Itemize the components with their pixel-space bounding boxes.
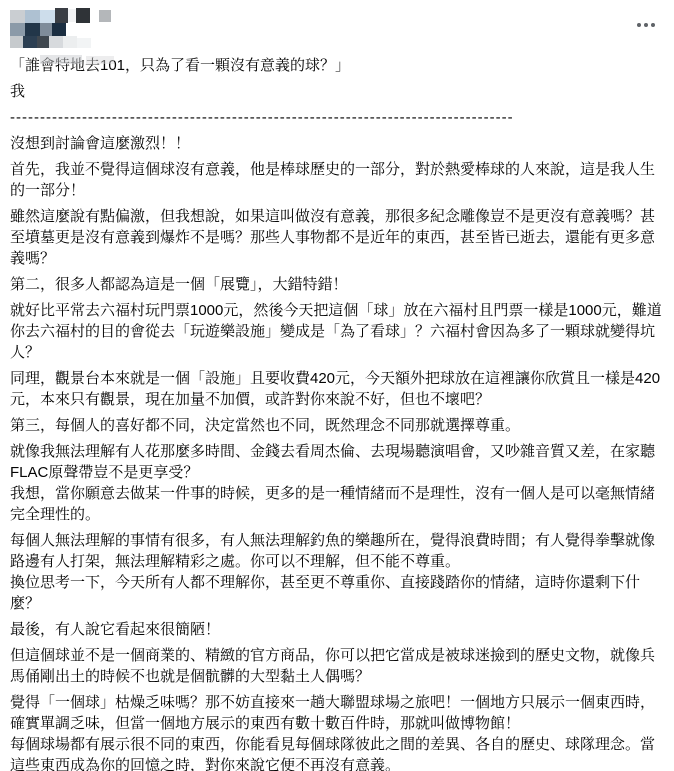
mosaic-cell xyxy=(40,10,55,23)
ellipsis-dot xyxy=(651,23,655,27)
post-content: 「誰會特地去101，只為了看一顆沒有意義的球？」我---------------… xyxy=(0,48,674,771)
mosaic-cell xyxy=(23,36,37,48)
mosaic-cell xyxy=(76,8,90,23)
post-paragraph: 雖然這麼說有點偏激，但我想說，如果這叫做沒有意義，那很多紀念雕像豈不是更沒有意義… xyxy=(10,206,662,269)
ellipsis-dot xyxy=(644,23,648,27)
post-paragraph: 最後，有人說它看起來很簡陋！ xyxy=(10,619,662,640)
mosaic-cell xyxy=(86,56,114,64)
mosaic-cell xyxy=(99,10,111,22)
mosaic-cell xyxy=(68,9,76,22)
post-paragraph: 同理，觀景台本來就是一個「設施」且要收費420元，今天額外把球放在這裡讓你欣賞且… xyxy=(10,368,662,410)
mosaic-cell xyxy=(25,10,40,23)
post-paragraph: 第三，每個人的喜好都不同，決定當然也不同，既然理念不同那就選擇尊重。 xyxy=(10,415,662,436)
mosaic-cell xyxy=(37,36,49,48)
mosaic-cell xyxy=(25,23,40,36)
post-paragraph: 就好比平常去六福村玩門票1000元，然後今天把這個「球」放在六福村且門票一樣是1… xyxy=(10,300,662,363)
post-paragraph: 我 xyxy=(10,81,662,102)
mosaic-cell xyxy=(55,8,68,23)
post-header xyxy=(0,0,674,48)
mosaic-cell xyxy=(77,38,91,48)
mosaic-cell xyxy=(52,23,66,36)
mosaic-cell xyxy=(49,36,63,48)
post-paragraph: 覺得「一個球」枯燥乏味嗎？那不妨直接來一趟大聯盟球場之旅吧！一個地方只展示一個東… xyxy=(10,692,662,771)
mosaic-cell xyxy=(10,36,23,48)
mosaic-cell xyxy=(10,10,25,23)
dashed-divider: ----------------------------------------… xyxy=(10,107,662,128)
post-paragraph: 但這個球並不是一個商業的、精緻的官方商品，你可以把它當成是被球迷撿到的歷史文物，… xyxy=(10,645,662,687)
post-paragraph: 沒想到討論會這麼激烈！！ xyxy=(10,133,662,154)
post-paragraph: 首先，我並不覺得這個球沒有意義，他是棒球歷史的一部分，對於熱愛棒球的人來說，這是… xyxy=(10,159,662,201)
mosaic-cell xyxy=(40,55,82,64)
mosaic-cell xyxy=(63,36,77,48)
ellipsis-icon xyxy=(637,23,655,27)
mosaic-cell xyxy=(10,23,25,36)
facebook-post: 「誰會特地去101，只為了看一顆沒有意義的球？」我---------------… xyxy=(0,0,674,771)
mosaic-cell xyxy=(40,23,52,36)
more-options-button[interactable] xyxy=(632,17,660,33)
post-paragraph: 就像我無法理解有人花那麼多時間、金錢去看周杰倫、去現場聽演唱會，又吵雜音質又差，… xyxy=(10,441,662,525)
post-paragraph: 每個人無法理解的事情有很多，有人無法理解釣魚的樂趣所在，覺得浪費時間；有人覺得拳… xyxy=(10,530,662,614)
post-paragraph: 第二，很多人都認為這是一個「展覽」，大錯特錯！ xyxy=(10,274,662,295)
ellipsis-dot xyxy=(637,23,641,27)
